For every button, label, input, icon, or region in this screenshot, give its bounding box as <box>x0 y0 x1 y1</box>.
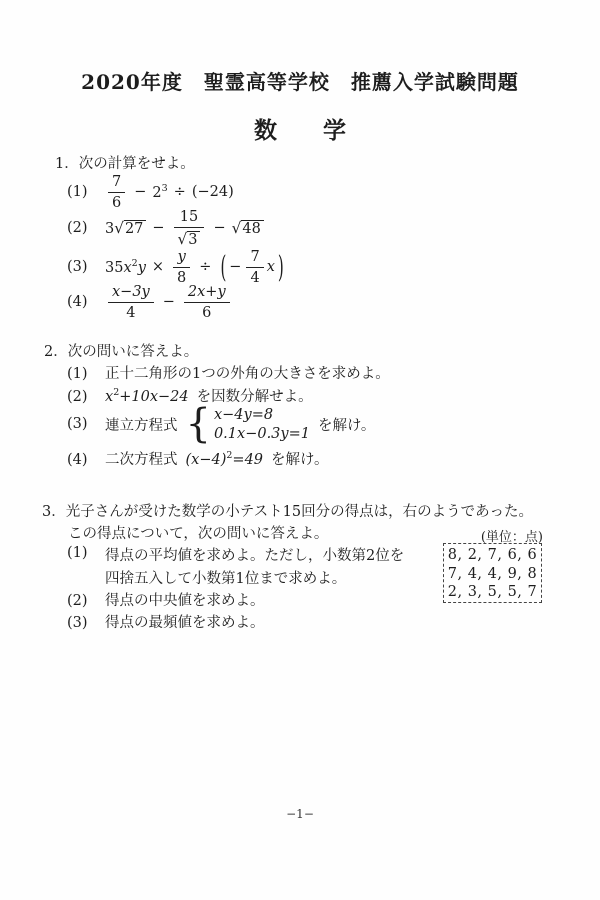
fraction-denominator: 4 <box>108 303 154 321</box>
q3-item-3: (3)得点の最頻値を求めよ。 <box>67 611 265 632</box>
equation: (x−4)2=49 <box>186 452 264 468</box>
divide-operator: ÷ <box>174 184 186 200</box>
times-operator: × <box>152 259 164 275</box>
equation-system: { x−4y=8 0.1x−0.3y=1 <box>186 407 310 442</box>
radical-term: 3√27 <box>105 219 146 237</box>
question-lead: 二次方程式 <box>105 452 178 468</box>
expression: (x−4) <box>186 452 227 468</box>
fraction-numerator: 2x+y <box>184 284 230 303</box>
fraction-denominator: 6 <box>184 303 230 321</box>
item-number: (3) <box>67 416 93 432</box>
question-text: 得点の最頻値を求めよ。 <box>105 615 265 631</box>
square-root: √27 <box>114 219 146 237</box>
q2-item-3: (3) 連立方程式 { x−4y=8 0.1x−0.3y=1 を解け。 <box>67 404 375 444</box>
q1-item-2: (2) 3√27 − 15 √3 − √48 <box>67 208 264 248</box>
score-row-3: 2, 3, 5, 5, 7 <box>444 583 541 602</box>
variable: x <box>123 260 131 276</box>
item-number: (3) <box>67 615 93 631</box>
fraction: 2x+y 6 <box>184 284 230 321</box>
q2-item-4: (4)二次方程式(x−4)2=49を解け。 <box>67 448 328 469</box>
left-parenthesis: ( <box>220 249 226 285</box>
coefficient: 3 <box>105 221 114 237</box>
variable: x <box>267 259 275 275</box>
minus-operator: − <box>134 184 146 200</box>
fraction: 15 √3 <box>174 209 205 248</box>
polynomial-rest: +10x−24 <box>119 389 188 405</box>
item-number: (1) <box>67 366 93 382</box>
question-text: 正十二角形の1つの外角の大きさを求めよ。 <box>105 366 390 382</box>
minus-operator: − <box>213 220 225 236</box>
item-number: (1) <box>67 545 93 591</box>
item-number: (2) <box>67 593 93 609</box>
exam-title: 2020年度 聖霊高等学校 推薦入学試験問題 <box>0 66 600 95</box>
equals-part: =49 <box>232 452 263 468</box>
question-text: 得点の中央値を求めよ。 <box>105 593 265 609</box>
fraction: x−3y 4 <box>108 284 154 321</box>
exponent: 3 <box>162 183 168 194</box>
exam-page: 2020年度 聖霊高等学校 推薦入学試験問題 数 学 1．次の計算をせよ。 (1… <box>0 0 600 900</box>
coefficient: 35 <box>105 260 123 276</box>
square-root: √3 <box>178 230 201 248</box>
fraction-numerator: 7 <box>246 249 263 268</box>
question-text: を解け。 <box>318 414 375 435</box>
section-3-heading: 3．光子さんが受けた数学の小テスト15回分の得点は，右のようであった。 <box>42 500 533 521</box>
page-number: −1− <box>0 807 600 821</box>
q3-item-2: (2)得点の中央値を求めよ。 <box>67 589 265 610</box>
item-number: (3) <box>67 259 93 275</box>
monomial-term: 35x2y <box>105 258 146 276</box>
subject-title: 数 学 <box>0 112 600 145</box>
fraction: y 8 <box>173 249 190 286</box>
fraction-numerator: 7 <box>108 174 125 193</box>
equation-1: x−4y=8 <box>214 407 310 423</box>
fraction: 7 4 <box>246 249 263 286</box>
polynomial: x2+10x−24 <box>105 389 189 405</box>
minus-operator: − <box>152 220 164 236</box>
question-text: を解け。 <box>271 452 328 468</box>
power-base: 2 <box>152 185 161 201</box>
variable: x <box>105 389 113 405</box>
parenthesized-term: (−24) <box>192 184 234 200</box>
divide-operator: ÷ <box>199 259 211 275</box>
question-text-lines: 得点の平均値を求めよ。ただし，小数第2位を 四捨五入して小数第1位まで求めよ。 <box>105 545 404 591</box>
score-row-1: 8, 2, 7, 6, 6 <box>444 546 541 565</box>
brace: { <box>186 407 211 441</box>
square-root: √48 <box>232 219 264 237</box>
score-row-2: 7, 4, 4, 9, 8 <box>444 565 541 584</box>
minus-operator: − <box>163 294 175 310</box>
question-lead: 連立方程式 <box>105 414 178 435</box>
question-line-2: 四捨五入して小数第1位まで求めよ。 <box>105 568 404 591</box>
item-number: (1) <box>67 184 93 200</box>
item-number: (2) <box>67 220 93 236</box>
fraction-numerator: 15 <box>174 209 205 228</box>
q2-item-1: (1)正十二角形の1つの外角の大きさを求めよ。 <box>67 362 390 383</box>
radical-sign: √ <box>232 219 242 237</box>
section-2-heading: 2．次の問いに答えよ。 <box>44 340 198 361</box>
equation-2: 0.1x−0.3y=1 <box>214 426 310 442</box>
variable: y <box>138 260 146 276</box>
fraction-numerator: y <box>173 249 190 268</box>
section-3-line2: この得点について，次の問いに答えよ。 <box>68 522 328 543</box>
radicand: 3 <box>187 231 200 248</box>
score-data-box: 8, 2, 7, 6, 6 7, 4, 4, 9, 8 2, 3, 5, 5, … <box>443 543 542 603</box>
item-number: (4) <box>67 294 93 310</box>
right-parenthesis: ) <box>278 249 284 285</box>
q3-item-1: (1) 得点の平均値を求めよ。ただし，小数第2位を 四捨五入して小数第1位まで求… <box>67 545 404 591</box>
fraction-denominator: 4 <box>246 268 263 286</box>
q1-item-4: (4) x−3y 4 − 2x+y 6 <box>67 284 233 320</box>
q1-item-3: (3) 35x2y × y 8 ÷ ( − 7 4 x ) <box>67 247 287 287</box>
fraction-numerator: x−3y <box>108 284 154 303</box>
radical-sign: √ <box>114 219 124 237</box>
equations: x−4y=8 0.1x−0.3y=1 <box>214 407 310 442</box>
section-1-heading: 1．次の計算をせよ。 <box>55 152 195 173</box>
question-line-1: 得点の平均値を求めよ。ただし，小数第2位を <box>105 545 404 568</box>
radicand: 27 <box>124 220 146 237</box>
power-term: 23 <box>152 183 167 201</box>
question-text: を因数分解せよ。 <box>197 389 313 405</box>
fraction-denominator: √3 <box>174 228 205 248</box>
fraction: 7 6 <box>108 174 125 211</box>
item-number: (2) <box>67 389 93 405</box>
minus-sign: − <box>229 259 241 275</box>
radicand: 48 <box>241 220 263 237</box>
item-number: (4) <box>67 452 93 468</box>
q1-item-1: (1) 7 6 − 23 ÷ (−24) <box>67 176 234 208</box>
radical-sign: √ <box>178 230 188 248</box>
